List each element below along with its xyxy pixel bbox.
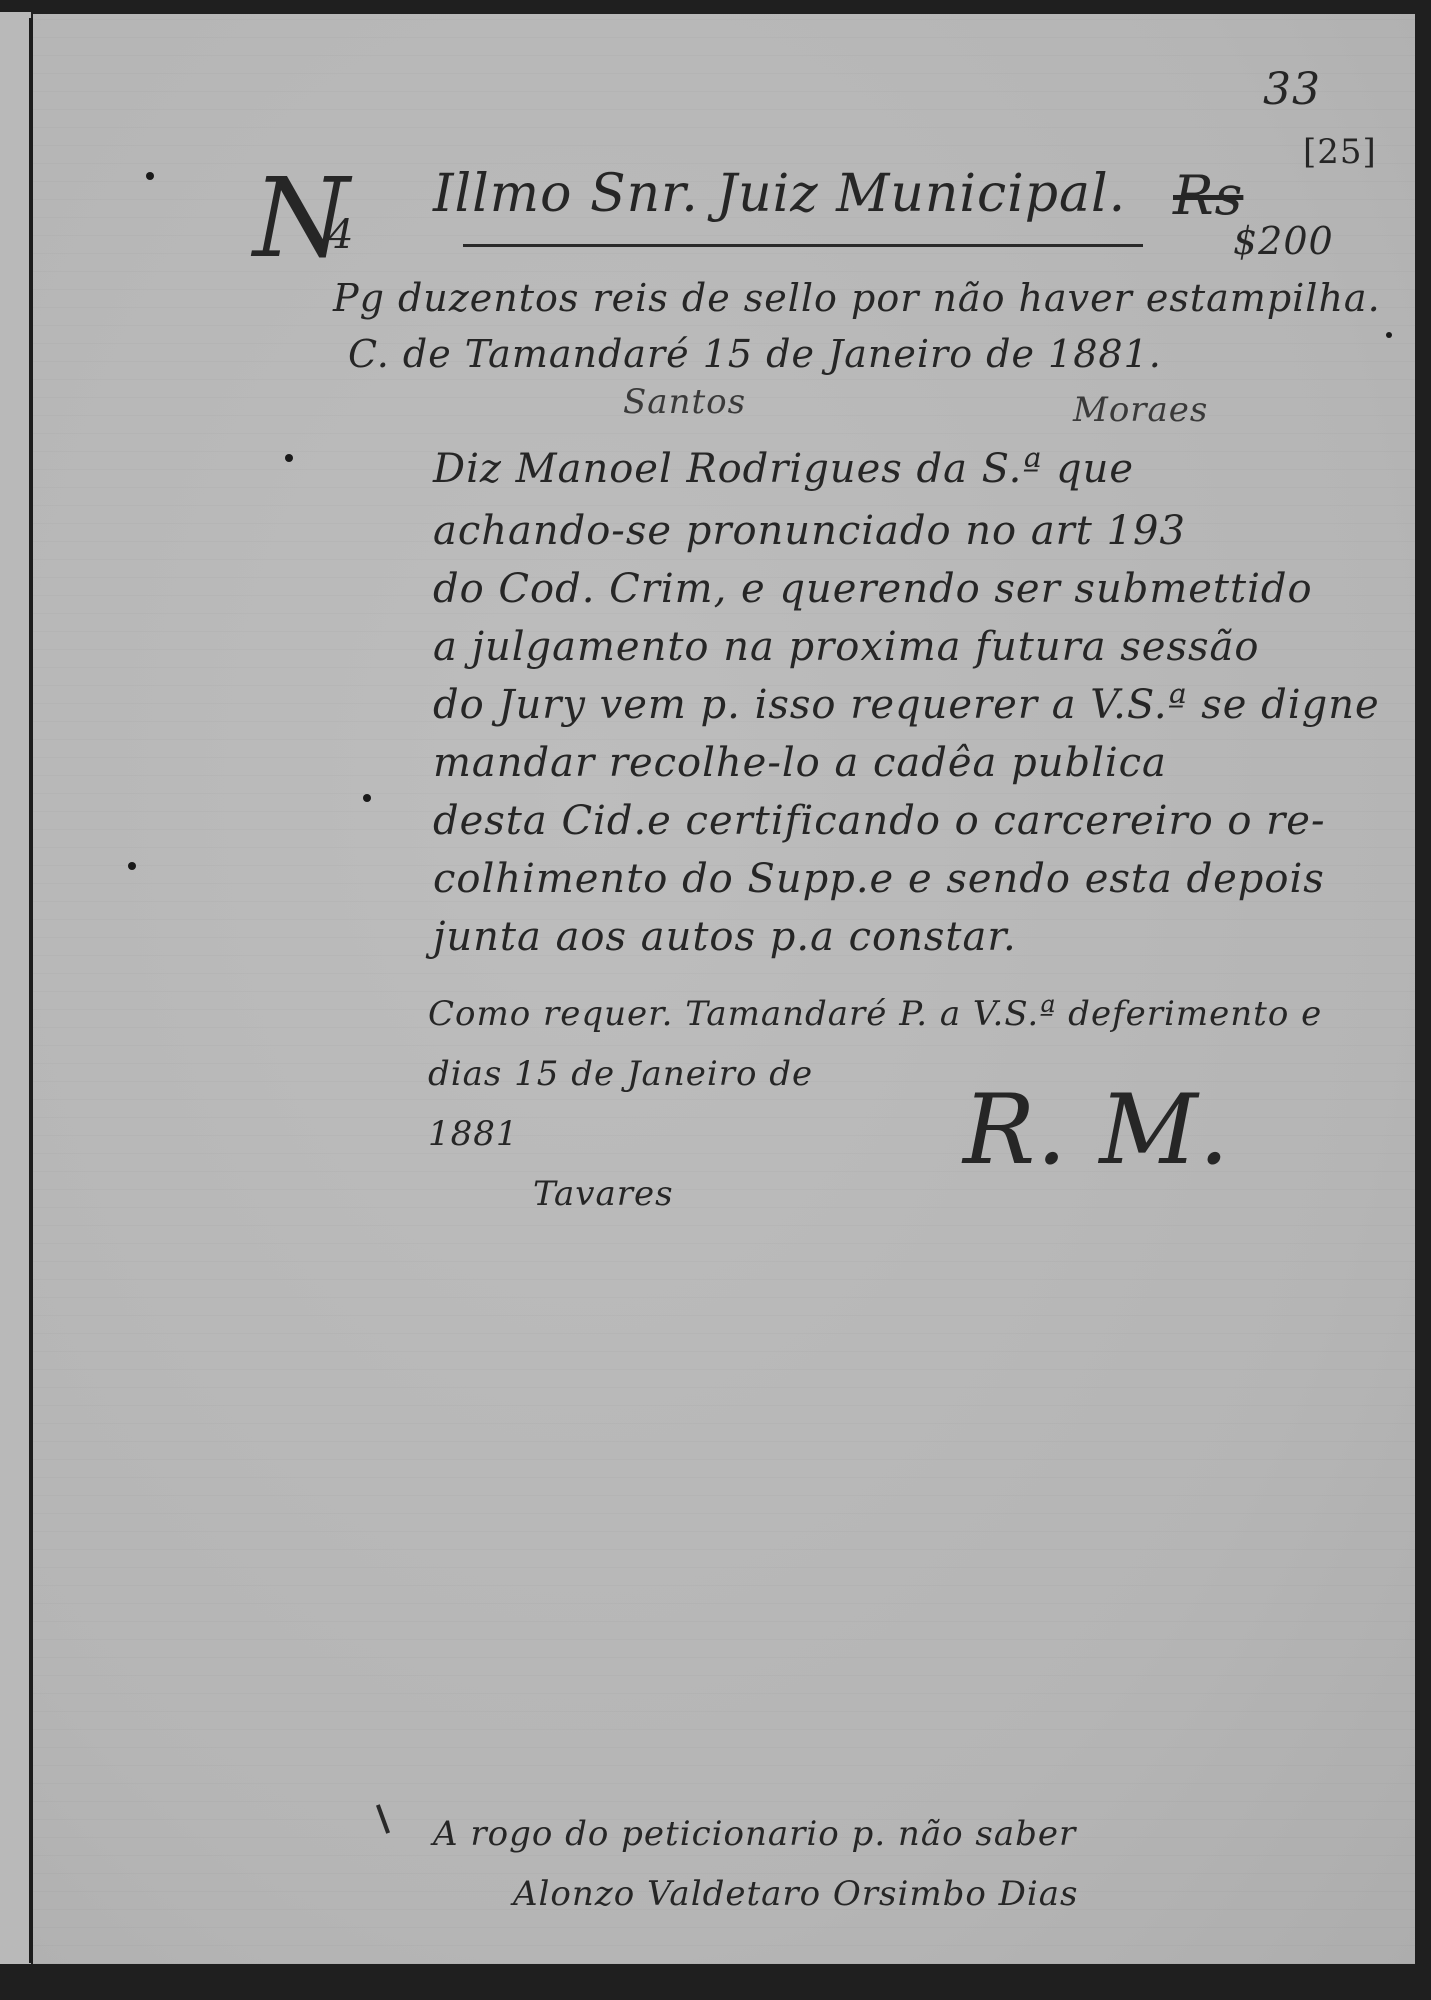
stamp-fee-symbol: Rs: [1173, 164, 1243, 227]
body-line-5: do Jury vem p. isso requerer a V.S.ª se …: [433, 682, 1380, 728]
body-line-4: a julgamento na proxima futura sessão: [433, 624, 1259, 670]
body-line-9: junta aos autos p.a constar.: [433, 914, 1017, 960]
body-line-1: Diz Manoel Rodrigues da S.ª que: [433, 446, 1134, 492]
initials-signature: R. M.: [963, 1074, 1230, 1186]
stamp-place-date: C. de Tamandaré 15 de Janeiro de 1881.: [348, 332, 1162, 376]
margin-dot: [363, 794, 371, 802]
body-line-3: do Cod. Crim, e querendo ser submettido: [433, 566, 1313, 612]
margin-dot: [128, 862, 136, 870]
body-line-7: desta Cid.e certificando o carcereiro o …: [433, 798, 1325, 844]
body-line-2: achando-se pronunciado no art 193: [433, 508, 1186, 554]
margin-stroke: [376, 1804, 390, 1834]
body-line-6: mandar recolhe-lo a cadêa publica: [433, 740, 1167, 786]
stamp-signatory-left: Santos: [623, 382, 746, 422]
footer-line-1: A rogo do peticionario p. não saber: [433, 1814, 1076, 1854]
body-line-8: colhimento do Supp.e e sendo esta depois: [433, 856, 1325, 902]
closing-line-1: Como requer. Tamandaré P. a V.S.ª deferi…: [428, 994, 1322, 1034]
salutation-underline: [463, 244, 1143, 247]
salutation: Illmo Snr. Juiz Municipal.: [433, 164, 1126, 224]
folio-number: 33: [1263, 64, 1321, 115]
footer-line-2: Alonzo Valdetaro Orsimbo Dias: [513, 1874, 1079, 1914]
adjacent-page-edge: [0, 12, 31, 1964]
archive-number: [25]: [1303, 132, 1377, 172]
margin-dot: [146, 172, 154, 180]
stamp-fee-amount: $200: [1233, 219, 1334, 263]
closing-signature: Tavares: [533, 1174, 674, 1214]
stamp-note: Pg duzentos reis de sello por não haver …: [333, 276, 1381, 320]
margin-dot: [1386, 332, 1392, 338]
stamp-signatory-right: Moraes: [1073, 390, 1208, 430]
closing-line-3: 1881: [428, 1114, 519, 1154]
manuscript-page: 33 [25] N 4 Illmo Snr. Juiz Municipal. R…: [33, 14, 1415, 1964]
margin-dot: [285, 454, 293, 462]
closing-line-2: dias 15 de Janeiro de: [428, 1054, 813, 1094]
petition-number: 4: [328, 212, 354, 258]
